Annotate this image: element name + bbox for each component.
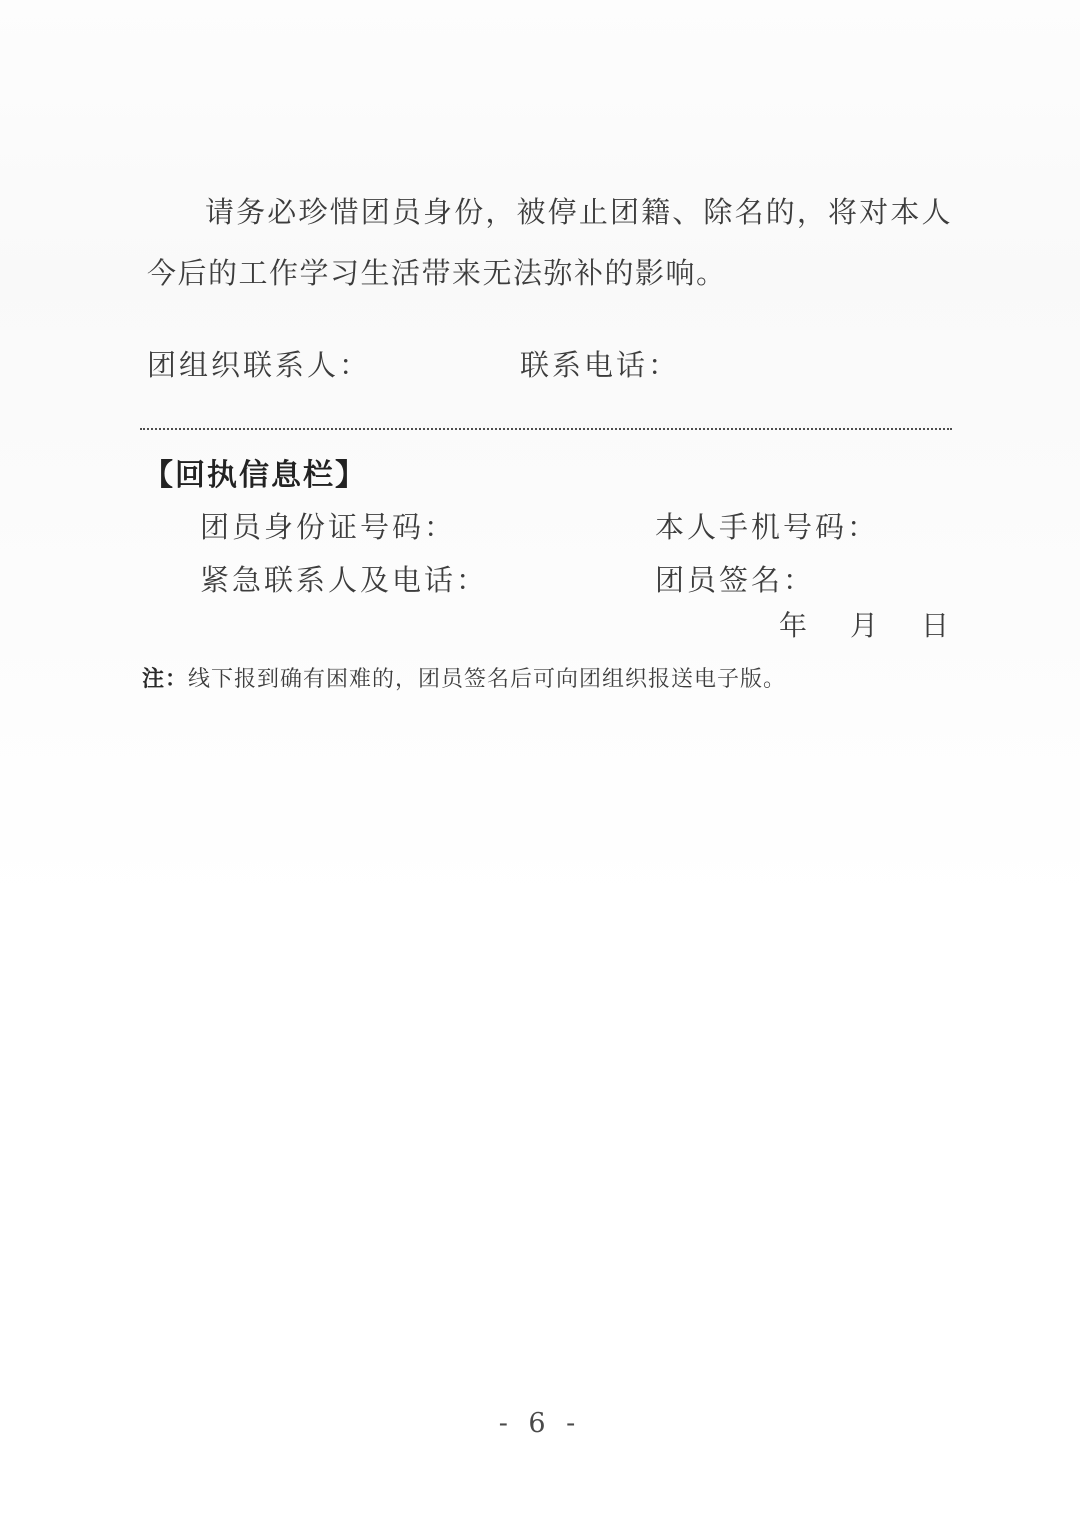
signature-label: 团员签名： xyxy=(655,558,815,599)
day-label: 日 xyxy=(921,604,949,644)
receipt-section-heading: 【回执信息栏】 xyxy=(143,450,367,494)
page-number: - 6 - xyxy=(0,1408,1080,1439)
note-line: 注：线下报到确有困难的，团员签名后可向团组织报送电子版。 xyxy=(142,662,952,693)
note-prefix: 注： xyxy=(142,666,188,692)
document-page: 请务必珍惜团员身份，被停止团籍、除名的，将对本人今后的工作学习生活带来无法弥补的… xyxy=(0,0,1080,1516)
emergency-contact-label: 紧急联系人及电话： xyxy=(200,558,488,599)
year-label: 年 xyxy=(779,604,807,644)
org-contact-label: 团组织联系人： xyxy=(147,348,371,382)
note-text: 线下报到确有困难的，团员签名后可向团组织报送电子版。 xyxy=(188,667,786,692)
notice-paragraph: 请务必珍惜团员身份，被停止团籍、除名的，将对本人今后的工作学习生活带来无法弥补的… xyxy=(147,182,952,304)
mobile-number-label: 本人手机号码： xyxy=(655,505,879,546)
dotted-divider xyxy=(140,428,952,430)
id-number-label: 团员身份证号码： xyxy=(200,505,456,546)
contact-phone-label: 联系电话： xyxy=(520,343,680,384)
month-label: 月 xyxy=(850,604,878,644)
contact-row: 团组织联系人： 联系电话： xyxy=(147,343,952,384)
date-line: 年 月 日 xyxy=(779,604,949,644)
